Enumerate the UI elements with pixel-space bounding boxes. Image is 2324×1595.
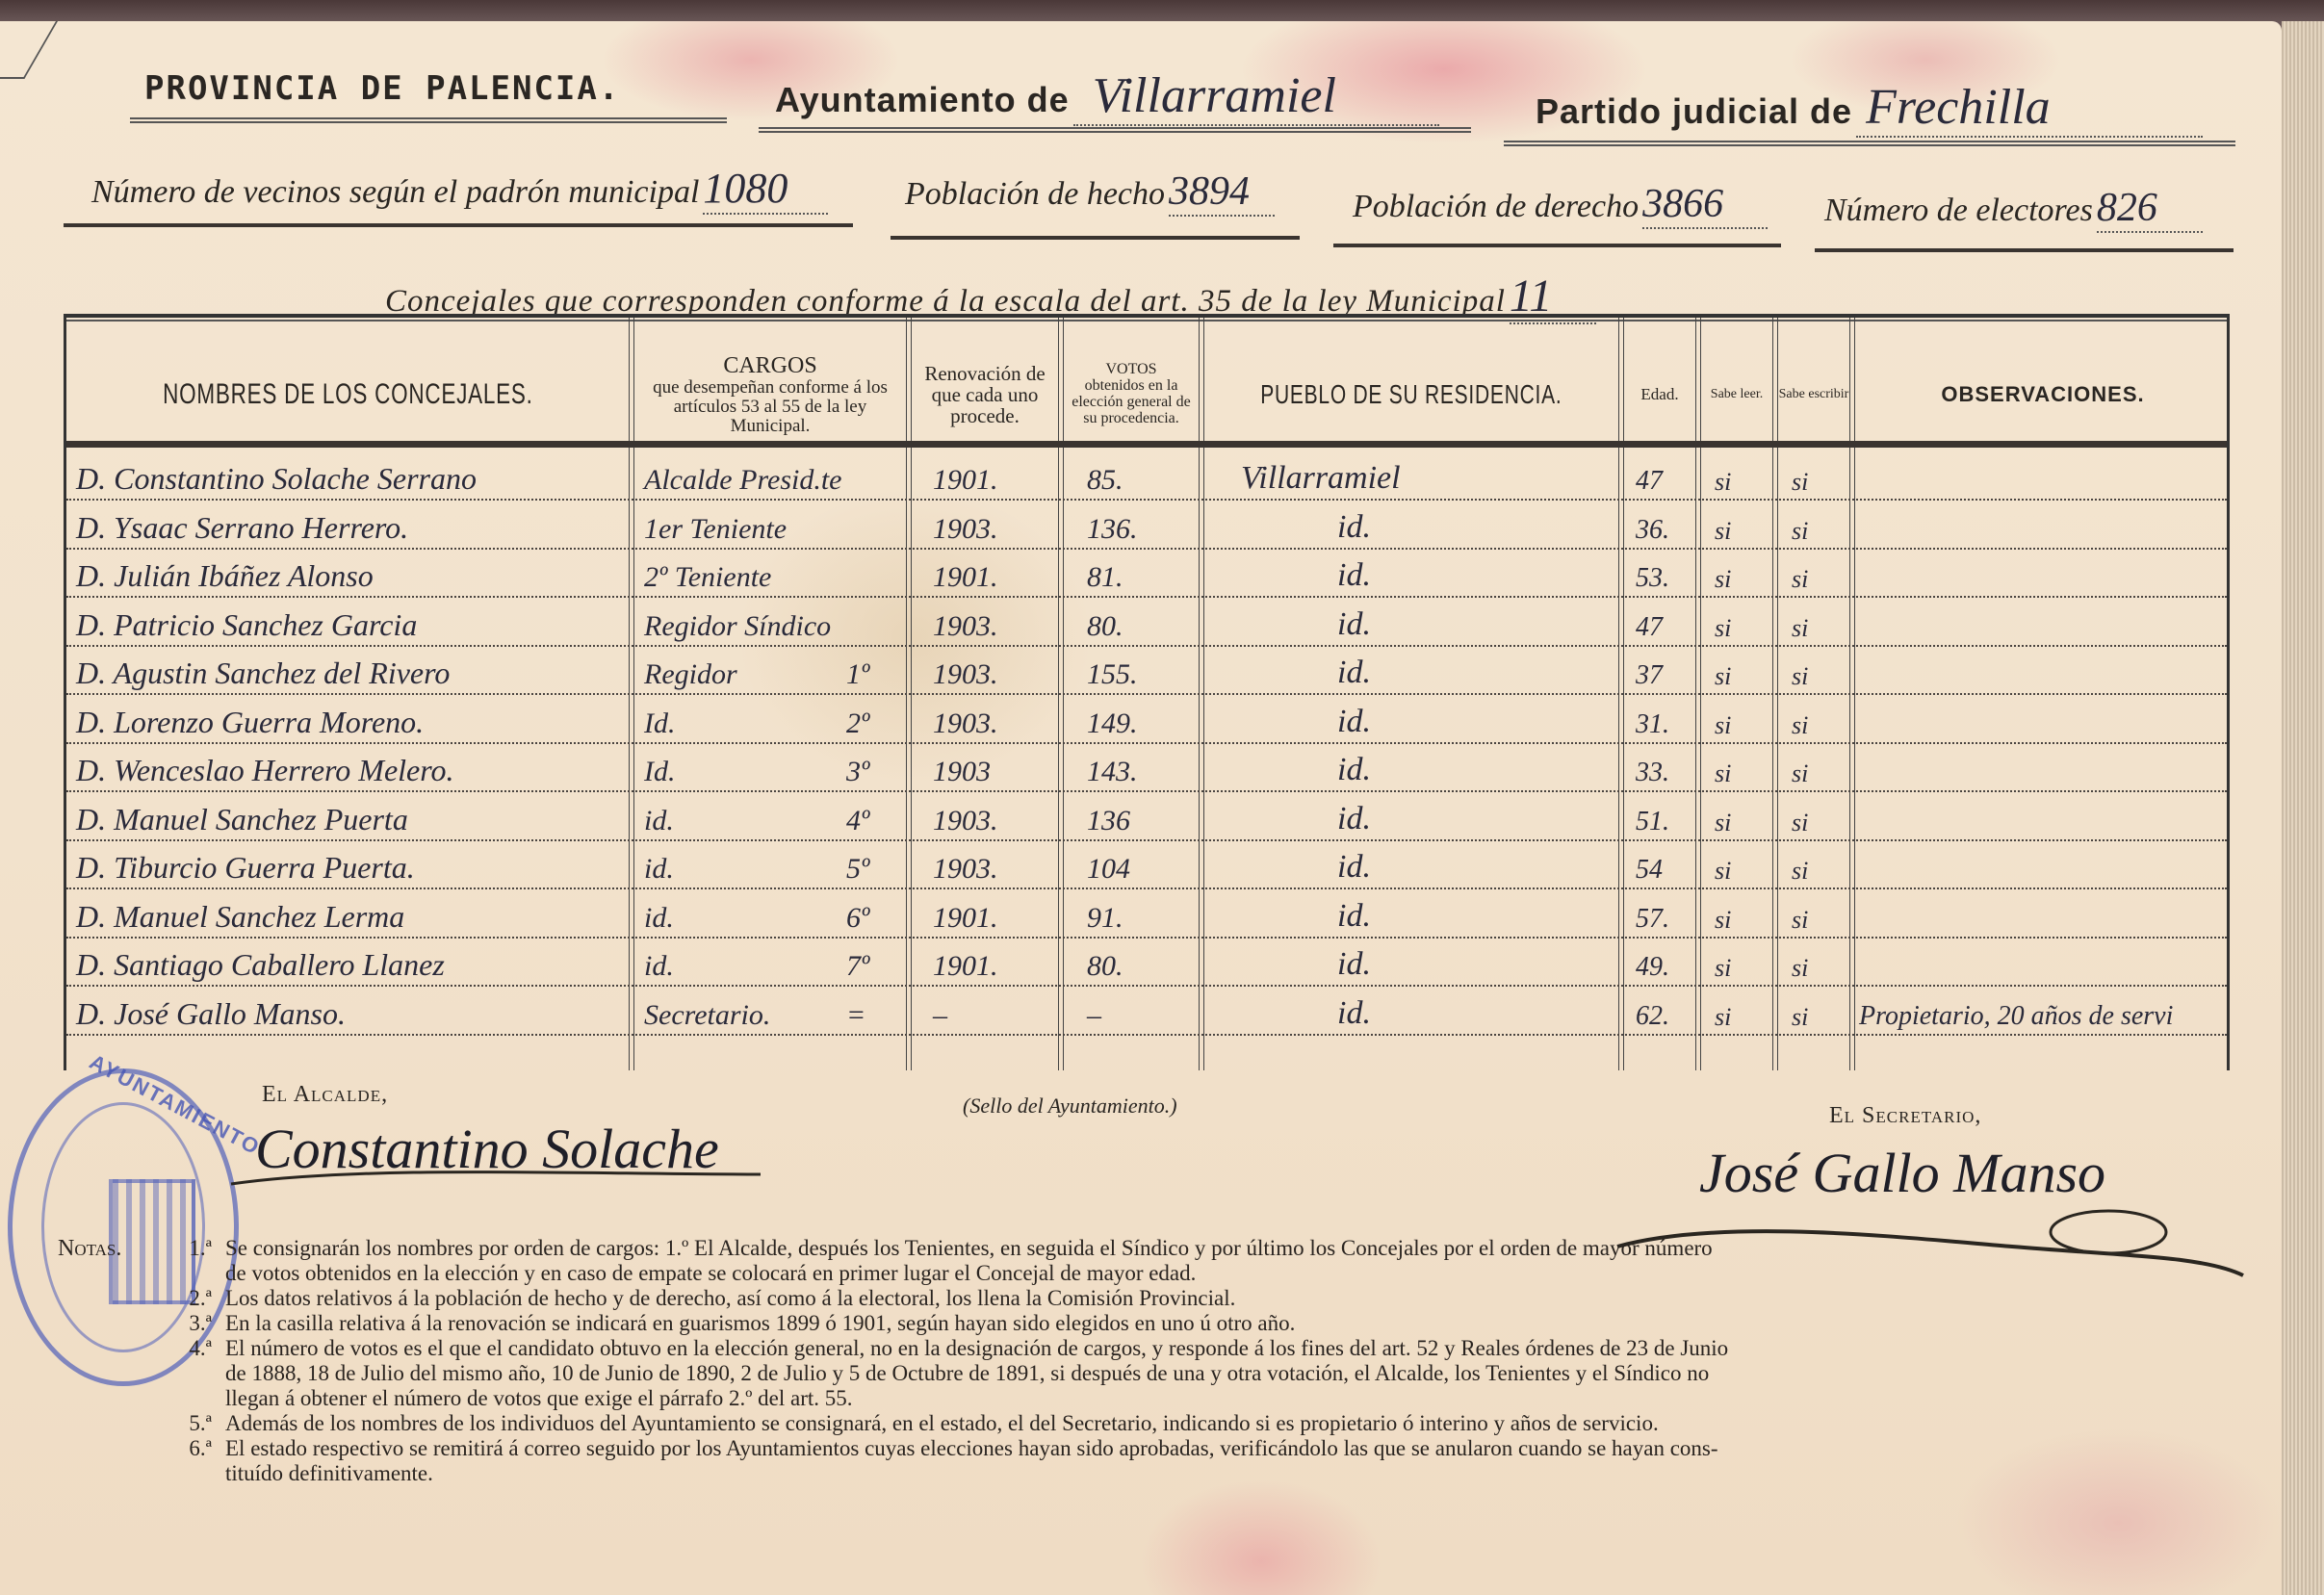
cell-cargo-num: 3º <box>846 756 869 788</box>
cell-nombre: D. Tiburcio Guerra Puerta. <box>76 850 415 886</box>
header-sabe-escribir-label: Sabe escribir <box>1779 388 1849 402</box>
cell-edad: 47 <box>1636 612 1663 643</box>
poblacion-hecho-value: 3894 <box>1169 168 1275 217</box>
cell-pueblo: id. <box>1337 704 1371 740</box>
poblacion-derecho-value: 3866 <box>1642 181 1768 229</box>
note-continuation: llegan á obtener el número de votos que … <box>164 1386 1728 1411</box>
cell-leer: si <box>1715 614 1731 643</box>
cell-escribir: si <box>1792 565 1808 594</box>
cell-votos: 136. <box>1087 513 1138 546</box>
note-number: 3.ª <box>164 1311 212 1336</box>
page-edge <box>2282 21 2324 1595</box>
secretario-signature: José Gallo Manso <box>1699 1141 2105 1205</box>
cell-cargo: id. <box>644 805 674 837</box>
cell-leer: si <box>1715 906 1731 935</box>
cell-edad: 54 <box>1636 855 1663 886</box>
page-corner-marker <box>0 21 58 79</box>
poblacion-hecho-field: Población de hecho 3894 <box>905 168 1275 217</box>
note-number: 6.ª <box>164 1436 212 1461</box>
vecinos-label: Número de vecinos según el padrón munici… <box>91 174 699 210</box>
header-nombres-label: NOMBRES DE LOS CONCEJALES. <box>163 379 533 410</box>
note-continuation: de votos obtenidos en la elección y en c… <box>164 1261 1713 1286</box>
cell-cargo: Alcalde Presid.te <box>644 464 842 497</box>
cell-escribir: si <box>1792 468 1808 497</box>
poblacion-derecho-label: Población de derecho <box>1353 189 1639 224</box>
poblacion-hecho-label: Población de hecho <box>905 176 1165 212</box>
cell-leer: si <box>1715 759 1731 788</box>
concejales-table: NOMBRES DE LOS CONCEJALES. CARGOS que de… <box>64 318 2230 1070</box>
electores-label: Número de electores <box>1824 193 2093 228</box>
cell-renovacion: 1901. <box>933 950 998 983</box>
alcalde-label: El Alcalde, <box>262 1082 388 1108</box>
cell-cargo: Secretario. <box>644 999 770 1032</box>
note-continuation: de 1888, 18 de Julio del mismo año, 10 d… <box>164 1361 1728 1386</box>
header-sabe-leer-label: Sabe leer. <box>1711 388 1763 402</box>
table-row: D. Ysaac Serrano Herrero.1er Teniente190… <box>66 502 2227 550</box>
notes-heading: Notas. <box>58 1236 121 1261</box>
cell-votos: – <box>1087 999 1101 1032</box>
cell-pueblo: Villarramiel <box>1241 460 1401 497</box>
note-item: 6.ªEl estado respectivo se remitirá á co… <box>164 1436 1718 1486</box>
cell-leer: si <box>1715 954 1731 983</box>
cell-leer: si <box>1715 857 1731 886</box>
header-cargos-title: CARGOS <box>723 354 816 378</box>
ayuntamiento-value: Villarramiel <box>1073 67 1439 126</box>
cell-edad: 57. <box>1636 904 1669 935</box>
cell-pueblo: id. <box>1337 946 1371 983</box>
header-renovacion: Renovación de que cada uno procede. <box>912 337 1058 452</box>
table-row: D. José Gallo Manso.Secretario.=––id.62.… <box>66 988 2227 1036</box>
partido-field: Partido judicial de Frechilla <box>1536 79 2203 138</box>
cell-votos: 91. <box>1087 902 1123 935</box>
cell-escribir: si <box>1792 809 1808 837</box>
table-row: D. Manuel Sanchez Puertaid.4º1903.136id.… <box>66 793 2227 841</box>
provincia-title: PROVINCIA DE PALENCIA. <box>144 69 620 108</box>
table-row: D. Lorenzo Guerra Moreno.Id.2º1903.149.i… <box>66 696 2227 744</box>
header-separator <box>66 441 2227 448</box>
note-continuation: tituído definitivamente. <box>164 1461 1718 1486</box>
vecinos-field: Número de vecinos según el padrón munici… <box>91 164 828 215</box>
header-renovacion-label: Renovación de que cada uno procede. <box>912 363 1058 426</box>
header-observaciones-label: OBSERVACIONES. <box>1941 383 2144 405</box>
table-row: D. Tiburcio Guerra Puerta.id.5º1903.104i… <box>66 841 2227 889</box>
header-sabe-escribir: Sabe escribir <box>1778 337 1849 452</box>
header-edad-label: Edad. <box>1640 386 1678 403</box>
cell-cargo: 1er Teniente <box>644 513 787 546</box>
cell-escribir: si <box>1792 759 1808 788</box>
cell-cargo: Id. <box>644 756 676 788</box>
cell-nombre: D. Agustin Sanchez del Rivero <box>76 656 450 691</box>
poblacion-derecho-field: Población de derecho 3866 <box>1353 181 1768 229</box>
table-row: D. Santiago Caballero Llanezid.7º1901.80… <box>66 939 2227 987</box>
cell-escribir: si <box>1792 662 1808 691</box>
cell-nombre: D. Wenceslao Herrero Melero. <box>76 753 454 788</box>
cell-escribir: si <box>1792 614 1808 643</box>
cell-cargo: 2º Teniente <box>644 561 771 594</box>
header-votos-title: VOTOS <box>1105 362 1156 378</box>
cell-votos: 80. <box>1087 950 1123 983</box>
cell-renovacion: 1903 <box>933 756 991 788</box>
cell-nombre: D. Manuel Sanchez Lerma <box>76 899 404 935</box>
cell-pueblo: id. <box>1337 898 1371 935</box>
divider <box>891 236 1300 240</box>
cell-nombre: D. Ysaac Serrano Herrero. <box>76 510 408 546</box>
cell-renovacion: 1901. <box>933 902 998 935</box>
cell-leer: si <box>1715 1003 1731 1032</box>
note-text: En la casilla relativa á la renovación s… <box>225 1311 1295 1335</box>
cell-votos: 143. <box>1087 756 1138 788</box>
cell-leer: si <box>1715 809 1731 837</box>
cell-votos: 155. <box>1087 658 1138 691</box>
header-pueblo: PUEBLO DE SU RESIDENCIA. <box>1204 337 1618 452</box>
cell-pueblo: id. <box>1337 849 1371 886</box>
cell-renovacion: 1903. <box>933 853 998 886</box>
cell-nombre: D. José Gallo Manso. <box>76 996 346 1032</box>
header-votos-sub: obtenidos en la elección general de su p… <box>1064 378 1199 426</box>
cell-pueblo: id. <box>1337 509 1371 546</box>
cell-votos: 136 <box>1087 805 1130 837</box>
cell-edad: 49. <box>1636 952 1669 983</box>
note-text: El estado respectivo se remitirá á corre… <box>225 1436 1718 1460</box>
cell-votos: 80. <box>1087 610 1123 643</box>
cell-pueblo: id. <box>1337 557 1371 594</box>
cell-escribir: si <box>1792 906 1808 935</box>
cell-escribir: si <box>1792 1003 1808 1032</box>
header-cargos-sub: que desempeñan conforme á los artículos … <box>634 378 906 436</box>
cell-cargo: Id. <box>644 707 676 740</box>
cell-cargo-num: = <box>846 999 865 1032</box>
note-number: 2.ª <box>164 1286 212 1311</box>
cell-pueblo: id. <box>1337 801 1371 837</box>
note-item: 3.ªEn la casilla relativa á la renovació… <box>164 1311 1295 1336</box>
cell-edad: 37 <box>1636 660 1663 691</box>
cell-nombre: D. Constantino Solache Serrano <box>76 461 477 497</box>
note-number: 1.ª <box>164 1236 212 1261</box>
ayuntamiento-field: Ayuntamiento de Villarramiel <box>775 67 1439 126</box>
cell-leer: si <box>1715 662 1731 691</box>
note-item: 1.ªSe consignarán los nombres por orden … <box>164 1236 1713 1286</box>
table-row: D. Agustin Sanchez del RiveroRegidor1º19… <box>66 647 2227 695</box>
cell-escribir: si <box>1792 711 1808 740</box>
cell-cargo: id. <box>644 853 674 886</box>
header-edad: Edad. <box>1624 337 1695 452</box>
cell-renovacion: 1903. <box>933 805 998 837</box>
note-item: 4.ªEl número de votos es el que el candi… <box>164 1336 1728 1411</box>
table-row: D. Patricio Sanchez GarciaRegidor Síndic… <box>66 599 2227 647</box>
header-sabe-leer: Sabe leer. <box>1701 337 1772 452</box>
electores-field: Número de electores 826 <box>1824 185 2203 233</box>
cell-edad: 36. <box>1636 515 1669 546</box>
row-dotted-line <box>66 1034 2227 1036</box>
cell-votos: 104 <box>1087 853 1130 886</box>
cell-votos: 81. <box>1087 561 1123 594</box>
table-row: D. Wenceslao Herrero Melero.Id.3º1903143… <box>66 744 2227 792</box>
alcalde-flourish <box>221 1155 780 1213</box>
cell-renovacion: 1901. <box>933 561 998 594</box>
cell-cargo: id. <box>644 902 674 935</box>
cell-renovacion: 1903. <box>933 513 998 546</box>
cell-leer: si <box>1715 565 1731 594</box>
cell-cargo: Regidor <box>644 658 737 691</box>
partido-label: Partido judicial de <box>1536 91 1852 131</box>
note-item: 2.ªLos datos relativos á la población de… <box>164 1286 1235 1311</box>
cell-escribir: si <box>1792 954 1808 983</box>
cell-votos: 85. <box>1087 464 1123 497</box>
divider <box>130 117 727 123</box>
vecinos-value: 1080 <box>703 164 828 215</box>
cell-leer: si <box>1715 517 1731 546</box>
cell-pueblo: id. <box>1337 655 1371 691</box>
divider <box>64 223 853 227</box>
cell-edad: 51. <box>1636 807 1669 837</box>
note-text: Además de los nombres de los individuos … <box>225 1411 1659 1435</box>
cell-pueblo: id. <box>1337 606 1371 643</box>
cell-votos: 149. <box>1087 707 1138 740</box>
cell-nombre: D. Santiago Caballero Llanez <box>76 947 445 983</box>
cell-leer: si <box>1715 711 1731 740</box>
cell-edad: 47 <box>1636 466 1663 497</box>
cell-cargo-num: 2º <box>846 707 869 740</box>
cell-edad: 62. <box>1636 1001 1669 1032</box>
note-text: El número de votos es el que el candidat… <box>225 1336 1728 1360</box>
cell-renovacion: 1903. <box>933 707 998 740</box>
cell-cargo: Regidor Síndico <box>644 610 831 643</box>
table-row: D. Manuel Sanchez Lermaid.6º1901.91.id.5… <box>66 890 2227 939</box>
note-number: 5.ª <box>164 1411 212 1436</box>
cell-cargo-num: 6º <box>846 902 869 935</box>
table-row: D. Constantino Solache SerranoAlcalde Pr… <box>66 452 2227 501</box>
cell-nombre: D. Lorenzo Guerra Moreno. <box>76 705 424 740</box>
header-votos: VOTOS obtenidos en la elección general d… <box>1064 337 1199 452</box>
header-nombres: NOMBRES DE LOS CONCEJALES. <box>66 337 629 452</box>
cell-renovacion: – <box>933 999 947 1032</box>
note-item: 5.ªAdemás de los nombres de los individu… <box>164 1411 1659 1436</box>
cell-leer: si <box>1715 468 1731 497</box>
note-text: Se consignarán los nombres por orden de … <box>225 1236 1713 1260</box>
partido-value: Frechilla <box>1856 79 2203 138</box>
divider <box>1815 248 2234 252</box>
cell-escribir: si <box>1792 517 1808 546</box>
header-observaciones: OBSERVACIONES. <box>1855 337 2231 452</box>
cell-nombre: D. Julián Ibáñez Alonso <box>76 558 374 594</box>
cell-renovacion: 1903. <box>933 610 998 643</box>
cell-pueblo: id. <box>1337 752 1371 788</box>
cell-cargo-num: 1º <box>846 658 869 691</box>
cell-edad: 31. <box>1636 709 1669 740</box>
table-row: D. Julián Ibáñez Alonso2º Teniente1901.8… <box>66 550 2227 598</box>
note-number: 4.ª <box>164 1336 212 1361</box>
cell-edad: 53. <box>1636 563 1669 594</box>
cell-nombre: D. Manuel Sanchez Puerta <box>76 802 408 837</box>
sello-label: (Sello del Ayuntamiento.) <box>963 1093 1177 1119</box>
cell-escribir: si <box>1792 857 1808 886</box>
cell-cargo-num: 4º <box>846 805 869 837</box>
divider <box>1504 141 2235 146</box>
header-cargos: CARGOS que desempeñan conforme á los art… <box>634 337 906 452</box>
cell-renovacion: 1901. <box>933 464 998 497</box>
cell-cargo: id. <box>644 950 674 983</box>
divider <box>759 127 1471 133</box>
cell-cargo-num: 7º <box>846 950 869 983</box>
header-pueblo-label: PUEBLO DE SU RESIDENCIA. <box>1260 380 1562 408</box>
cell-nombre: D. Patricio Sanchez Garcia <box>76 607 417 643</box>
electores-value: 826 <box>2097 185 2203 233</box>
cell-cargo-num: 5º <box>846 853 869 886</box>
cell-renovacion: 1903. <box>933 658 998 691</box>
ayuntamiento-label: Ayuntamiento de <box>775 80 1070 119</box>
divider <box>1333 244 1781 247</box>
note-text: Los datos relativos á la población de he… <box>225 1286 1235 1310</box>
cell-obs: Propietario, 20 años de servi <box>1859 1001 2173 1032</box>
secretario-label: El Secretario, <box>1829 1103 1981 1129</box>
cell-pueblo: id. <box>1337 995 1371 1032</box>
cell-edad: 33. <box>1636 758 1669 788</box>
